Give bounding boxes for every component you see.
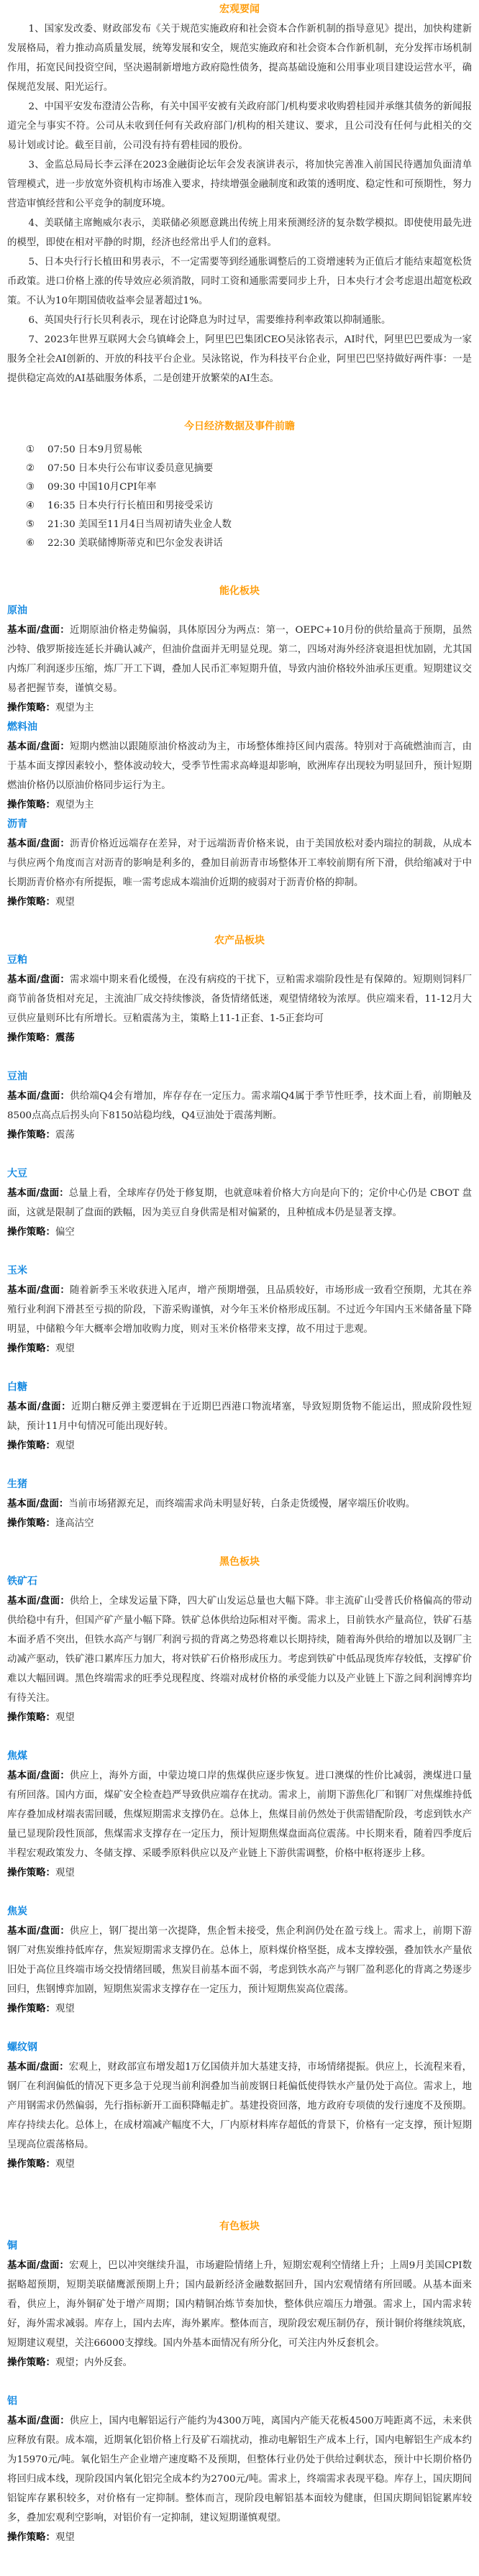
fundamental-body: 供应上，国内电解铝运行产能约为4300万吨，离国内产能天花板4500万吨距离不远…: [7, 2416, 472, 2524]
strategy-label: 操作策略：: [7, 1868, 55, 1878]
news-item: 2、中国平安发布澄清公告称，有关中国平安被有关政府部门/机构要求收购碧桂园并承继…: [7, 97, 472, 155]
fundamental-body: 沥青价格近远端存在差异，对于远端沥青价格来说，由于美国放松对委内瑞拉的制裁，从成…: [7, 839, 472, 888]
strategy-label: 操作策略：: [7, 897, 55, 908]
fundamental-text: 基本面/盘面：供给端Q4会有增加，库存存在一定压力。需求端Q4属于季节性旺季，技…: [7, 1087, 472, 1125]
fundamental-label: 基本面/盘面：: [7, 1091, 70, 1102]
strategy-body: 逢高沽空: [55, 1518, 94, 1529]
commodity-block: 铝 基本面/盘面：供应上，国内电解铝运行产能约为4300万吨，离国内产能天花板4…: [7, 2392, 472, 2547]
section-title-energy-chemicals: 能化板块: [7, 582, 472, 601]
fundamental-label: 基本面/盘面：: [7, 1402, 71, 1412]
fundamental-body: 宏观上，财政部宣布增发超1万亿国债并加大基建支持，市场情绪提振。供应上，长流程来…: [7, 2062, 472, 2150]
fundamental-text: 基本面/盘面：短期内燃油以跟随原油价格波动为主，市场整体维持区间内震荡。特别对于…: [7, 737, 472, 795]
fundamental-text: 基本面/盘面：近期原油价格走势偏弱，具体原因分为两点：第一，OEPC+10月份的…: [7, 621, 472, 698]
strategy-text: 操作策略：震荡: [7, 1125, 472, 1145]
event-text: 日本9月贸易帐: [78, 444, 142, 455]
event-number: ④: [26, 497, 47, 516]
event-number: ⑤: [26, 516, 47, 534]
strategy-text: 操作策略：观望: [7, 2528, 472, 2547]
event-number: ②: [26, 460, 47, 478]
commodity-block: 燃料油 基本面/盘面：短期内燃油以跟随原油价格波动为主，市场整体维持区间内震荡。…: [7, 718, 472, 815]
spacer: [7, 2547, 472, 2576]
fundamental-label: 基本面/盘面：: [7, 839, 70, 849]
strategy-label: 操作策略：: [7, 2532, 55, 2543]
event-number: ⑥: [26, 534, 47, 553]
commodity-block: 大豆 基本面/盘面：总量上看，全球库存仍处于修复期，也就意味着价格大方向是向下的…: [7, 1164, 472, 1242]
commodity-name: 铁矿石: [7, 1572, 472, 1591]
fundamental-body: 供给端Q4会有增加，库存存在一定压力。需求端Q4属于季节性旺季，技术面上看，前期…: [7, 1091, 472, 1121]
news-item: 7、2023年世界互联网大会乌镇峰会上，阿里巴巴集团CEO吴泳铭表示，AI时代，…: [7, 330, 472, 388]
commodity-block: 铁矿石 基本面/盘面：供给上，全球发运量下降，四大矿山发运总量也大幅下降。非主流…: [7, 1572, 472, 1727]
strategy-text: 操作策略：观望: [7, 892, 472, 912]
fundamental-label: 基本面/盘面：: [7, 974, 70, 985]
fundamental-text: 基本面/盘面：总量上看，全球库存仍处于修复期，也就意味着价格大方向是向下的；定价…: [7, 1184, 472, 1223]
commodity-block: 沥青 基本面/盘面：沥青价格近远端存在差异，对于远端沥青价格来说，由于美国放松对…: [7, 815, 472, 912]
fundamental-body: 随着新季玉米收获进入尾声，增产预期增强，且品质较好，市场形成一致看空预期，尤其在…: [7, 1285, 472, 1335]
event-number: ③: [26, 478, 47, 497]
section-title-agriculture: 农产品板块: [7, 931, 472, 951]
strategy-text: 操作策略：观望: [7, 2155, 472, 2174]
section-title-nonferrous: 有色板块: [7, 2217, 472, 2237]
fundamental-text: 基本面/盘面：供应上，钢厂提出第一次提降，焦企暂未接受，焦企利润仍处在盈亏线上。…: [7, 1922, 472, 1999]
commodity-name: 焦炭: [7, 1902, 472, 1922]
strategy-label: 操作策略：: [7, 1518, 55, 1529]
spacer: [7, 1456, 472, 1475]
strategy-label: 操作策略：: [7, 1033, 55, 1043]
event-number: ①: [26, 441, 47, 460]
commodity-block: 铜 基本面/盘面：宏观上，巴以冲突继续升温，市场避险情绪上升，短期宏观利空情绪上…: [7, 2237, 472, 2372]
strategy-text: 操作策略：观望: [7, 1436, 472, 1456]
news-item: 5、日本央行行长植田和男表示，不一定需要等到经通胀调整后的工资增速转为正值后才能…: [7, 252, 472, 311]
event-time: 22:30: [47, 538, 76, 549]
strategy-label: 操作策略：: [7, 1130, 55, 1141]
commodity-name: 焦煤: [7, 1747, 472, 1766]
strategy-body: 观望: [55, 1440, 75, 1451]
fundamental-text: 基本面/盘面：宏观上，财政部宣布增发超1万亿国债并加大基建支持，市场情绪提振。供…: [7, 2057, 472, 2155]
event-text: 中国10月CPI年率: [78, 482, 157, 493]
event-time: 07:50: [47, 444, 76, 455]
event-item: ②07:50 日本央行公布审议委员意见摘要: [26, 460, 472, 478]
event-item: ⑤21:30 美国至11月4日当周初请失业金人数: [26, 516, 472, 534]
commodity-block: 焦炭 基本面/盘面：供应上，钢厂提出第一次提降，焦企暂未接受，焦企利润仍处在盈亏…: [7, 1902, 472, 2019]
event-item: ①07:50 日本9月贸易帐: [26, 441, 472, 460]
fundamental-label: 基本面/盘面：: [7, 741, 70, 752]
fundamental-text: 基本面/盘面：供应上，海外方面，中蒙边境口岸的焦煤供应逐步恢复。进口澳煤的性价比…: [7, 1766, 472, 1863]
spacer: [7, 1883, 472, 1902]
event-time: 16:35: [47, 501, 76, 511]
strategy-text: 操作策略：观望: [7, 1708, 472, 1727]
strategy-body: 观望: [55, 2159, 75, 2170]
fundamental-label: 基本面/盘面：: [7, 625, 70, 636]
commodity-name: 玉米: [7, 1261, 472, 1281]
commodity-name: 豆油: [7, 1067, 472, 1087]
fundamental-body: 宏观上，巴以冲突继续升温，市场避险情绪上升，短期宏观利空情绪上升；上周9月美国C…: [7, 2260, 472, 2349]
strategy-body: 观望: [55, 2004, 75, 2014]
event-item: ⑥22:30 美联储博斯蒂克和巴尔金发表讲话: [26, 534, 472, 553]
strategy-text: 操作策略：观望为主: [7, 698, 472, 718]
strategy-body: 观望: [55, 897, 75, 908]
commodity-name: 白糖: [7, 1378, 472, 1397]
strategy-text: 操作策略：观望；内外反套。: [7, 2353, 472, 2372]
spacer: [7, 1533, 472, 1553]
fundamental-body: 近期白糖反弹主要逻辑在于近期巴西港口物流堵塞，导致短期货物不能运出，照成阶段性短…: [7, 1402, 472, 1432]
strategy-label: 操作策略：: [7, 1440, 55, 1451]
spacer: [7, 1727, 472, 1747]
fundamental-body: 近期原油价格走势偏弱，具体原因分为两点：第一，OEPC+10月份的供给量高于预期…: [7, 625, 472, 694]
strategy-body: 震荡: [55, 1130, 75, 1141]
spacer: [7, 1242, 472, 1261]
fundamental-text: 基本面/盘面：供应上，国内电解铝运行产能约为4300万吨，离国内产能天花板450…: [7, 2411, 472, 2528]
spacer: [7, 553, 472, 582]
strategy-body: 观望: [55, 1343, 75, 1354]
strategy-body: 偏空: [55, 1227, 75, 1238]
commodity-name: 沥青: [7, 815, 472, 834]
commodity-block: 螺纹钢 基本面/盘面：宏观上，财政部宣布增发超1万亿国债并加大基建支持，市场情绪…: [7, 2038, 472, 2174]
strategy-label: 操作策略：: [7, 2004, 55, 2014]
fundamental-label: 基本面/盘面：: [7, 2260, 69, 2271]
spacer: [7, 912, 472, 931]
strategy-text: 操作策略：观望: [7, 1999, 472, 2019]
event-item: ③09:30 中国10月CPI年率: [26, 478, 472, 497]
strategy-label: 操作策略：: [7, 1712, 55, 1723]
commodity-name: 原油: [7, 601, 472, 621]
commodity-block: 豆粕 基本面/盘面：需求端中期来看化缓慢，在没有病疫的干扰下，豆粕需求端阶段性是…: [7, 951, 472, 1048]
commodity-block: 玉米 基本面/盘面：随着新季玉米收获进入尾声，增产预期增强，且品质较好，市场形成…: [7, 1261, 472, 1358]
strategy-text: 操作策略：观望: [7, 1339, 472, 1358]
fundamental-body: 供应上，钢厂提出第一次提降，焦企暂未接受，焦企利润仍处在盈亏线上。需求上，前期下…: [7, 1926, 472, 1995]
fundamental-body: 供应上，海外方面，中蒙边境口岸的焦煤供应逐步恢复。进口澳煤的性价比减弱，澳煤进口…: [7, 1771, 472, 1859]
strategy-label: 操作策略：: [7, 703, 55, 713]
strategy-body: 震荡: [55, 1033, 75, 1043]
commodity-name: 铝: [7, 2392, 472, 2411]
event-text: 美联储博斯蒂克和巴尔金发表讲话: [78, 538, 223, 549]
event-time: 09:30: [47, 482, 76, 493]
commodity-block: 生猪 基本面/盘面：当前市场猪源充足，而终端需求尚未明显好转，白条走货缓慢，屠宰…: [7, 1475, 472, 1533]
strategy-label: 操作策略：: [7, 2159, 55, 2170]
fundamental-text: 基本面/盘面：沥青价格近远端存在差异，对于远端沥青价格来说，由于美国放松对委内瑞…: [7, 834, 472, 892]
fundamental-text: 基本面/盘面：供给上，全球发运量下降，四大矿山发运总量也大幅下降。非主流矿山受普…: [7, 1591, 472, 1708]
commodity-block: 白糖 基本面/盘面：近期白糖反弹主要逻辑在于近期巴西港口物流堵塞，导致短期货物不…: [7, 1378, 472, 1456]
event-time: 07:50: [47, 463, 76, 474]
strategy-label: 操作策略：: [7, 800, 55, 810]
event-item: ④16:35 日本央行行长植田和男接受采访: [26, 497, 472, 516]
commodity-name: 豆粕: [7, 951, 472, 970]
event-text: 日本央行公布审议委员意见摘要: [78, 463, 213, 474]
section-title-ferrous: 黑色板块: [7, 1553, 472, 1572]
commodity-block: 豆油 基本面/盘面：供给端Q4会有增加，库存存在一定压力。需求端Q4属于季节性旺…: [7, 1067, 472, 1145]
commodity-name: 生猪: [7, 1475, 472, 1494]
fundamental-body: 短期内燃油以跟随原油价格波动为主，市场整体维持区间内震荡。特别对于高硫燃油而言，…: [7, 741, 472, 791]
spacer: [7, 388, 472, 417]
strategy-label: 操作策略：: [7, 2357, 55, 2368]
strategy-label: 操作策略：: [7, 1343, 55, 1354]
fundamental-body: 当前市场猪源充足，而终端需求尚未明显好转，白条走货缓慢，屠宰端压价收购。: [68, 1499, 415, 1509]
fundamental-label: 基本面/盘面：: [7, 2062, 69, 2073]
strategy-text: 操作策略：观望: [7, 1863, 472, 1883]
section-title-events: 今日经济数据及事件前瞻: [7, 417, 472, 437]
news-item: 3、金监总局局长李云泽在2023金融街论坛年会发表演讲表示，将加快完善准入前国民…: [7, 155, 472, 214]
fundamental-label: 基本面/盘面：: [7, 1596, 70, 1607]
fundamental-label: 基本面/盘面：: [7, 1285, 70, 1296]
macro-news-list: 1、国家发改委、财政部发布《关于规范实施政府和社会资本合作新机制的指导意见》提出…: [7, 19, 472, 388]
section-title-macro: 宏观要闻: [7, 0, 472, 19]
fundamental-body: 总量上看，全球库存仍处于修复期，也就意味着价格大方向是向下的；定价中心仍是 CB…: [7, 1188, 472, 1218]
fundamental-label: 基本面/盘面：: [7, 2416, 70, 2426]
strategy-text: 操作策略：逢高沽空: [7, 1514, 472, 1533]
news-item: 6、英国央行行长贝利表示，现在讨论降息为时过早，需要维持利率政策以抑制通胀。: [7, 311, 472, 330]
commodity-name: 大豆: [7, 1164, 472, 1184]
fundamental-text: 基本面/盘面：当前市场猪源充足，而终端需求尚未明显好转，白条走货缓慢，屠宰端压价…: [7, 1494, 472, 1514]
commodity-name: 燃料油: [7, 718, 472, 737]
fundamental-text: 基本面/盘面：随着新季玉米收获进入尾声，增产预期增强，且品质较好，市场形成一致看…: [7, 1281, 472, 1339]
commodity-block: 原油 基本面/盘面：近期原油价格走势偏弱，具体原因分为两点：第一，OEPC+10…: [7, 601, 472, 718]
fundamental-label: 基本面/盘面：: [7, 1499, 68, 1509]
strategy-body: 观望为主: [55, 800, 94, 810]
strategy-body: 观望: [55, 2532, 75, 2543]
commodity-name: 铜: [7, 2237, 472, 2256]
event-list: ①07:50 日本9月贸易帐 ②07:50 日本央行公布审议委员意见摘要 ③09…: [7, 441, 472, 553]
spacer: [7, 1145, 472, 1164]
spacer: [7, 2019, 472, 2038]
spacer: [7, 2174, 472, 2217]
event-time: 21:30: [47, 519, 76, 530]
report-page: 宏观要闻 1、国家发改委、财政部发布《关于规范实施政府和社会资本合作新机制的指导…: [0, 0, 479, 2576]
strategy-body: 观望；内外反套。: [55, 2357, 132, 2368]
fundamental-label: 基本面/盘面：: [7, 1926, 70, 1937]
strategy-body: 观望为主: [55, 703, 94, 713]
strategy-body: 观望: [55, 1712, 75, 1723]
news-item: 4、美联储主席鲍威尔表示，美联储必须愿意跳出传统上用来预测经济的复杂数学模拟。即…: [7, 214, 472, 252]
fundamental-body: 需求端中期来看化缓慢，在没有病疫的干扰下，豆粕需求端阶段性是有保障的。短期则饲料…: [7, 974, 472, 1024]
strategy-label: 操作策略：: [7, 1227, 55, 1238]
event-text: 美国至11月4日当周初请失业金人数: [78, 519, 232, 530]
strategy-text: 操作策略：震荡: [7, 1028, 472, 1048]
news-item: 1、国家发改委、财政部发布《关于规范实施政府和社会资本合作新机制的指导意见》提出…: [7, 19, 472, 97]
fundamental-label: 基本面/盘面：: [7, 1771, 70, 1781]
commodity-name: 螺纹钢: [7, 2038, 472, 2057]
fundamental-label: 基本面/盘面：: [7, 1188, 69, 1199]
strategy-text: 操作策略：观望为主: [7, 795, 472, 815]
fundamental-body: 供给上，全球发运量下降，四大矿山发运总量也大幅下降。非主流矿山受普氏价格偏高的带…: [7, 1596, 472, 1704]
fundamental-text: 基本面/盘面：近期白糖反弹主要逻辑在于近期巴西港口物流堵塞，导致短期货物不能运出…: [7, 1397, 472, 1436]
spacer: [7, 1048, 472, 1067]
fundamental-text: 基本面/盘面：宏观上，巴以冲突继续升温，市场避险情绪上升，短期宏观利空情绪上升；…: [7, 2256, 472, 2353]
strategy-body: 观望: [55, 1868, 75, 1878]
event-text: 日本央行行长植田和男接受采访: [78, 501, 213, 511]
fundamental-text: 基本面/盘面：需求端中期来看化缓慢，在没有病疫的干扰下，豆粕需求端阶段性是有保障…: [7, 970, 472, 1028]
strategy-text: 操作策略：偏空: [7, 1223, 472, 1242]
commodity-block: 焦煤 基本面/盘面：供应上，海外方面，中蒙边境口岸的焦煤供应逐步恢复。进口澳煤的…: [7, 1747, 472, 1883]
spacer: [7, 2372, 472, 2392]
spacer: [7, 1358, 472, 1378]
